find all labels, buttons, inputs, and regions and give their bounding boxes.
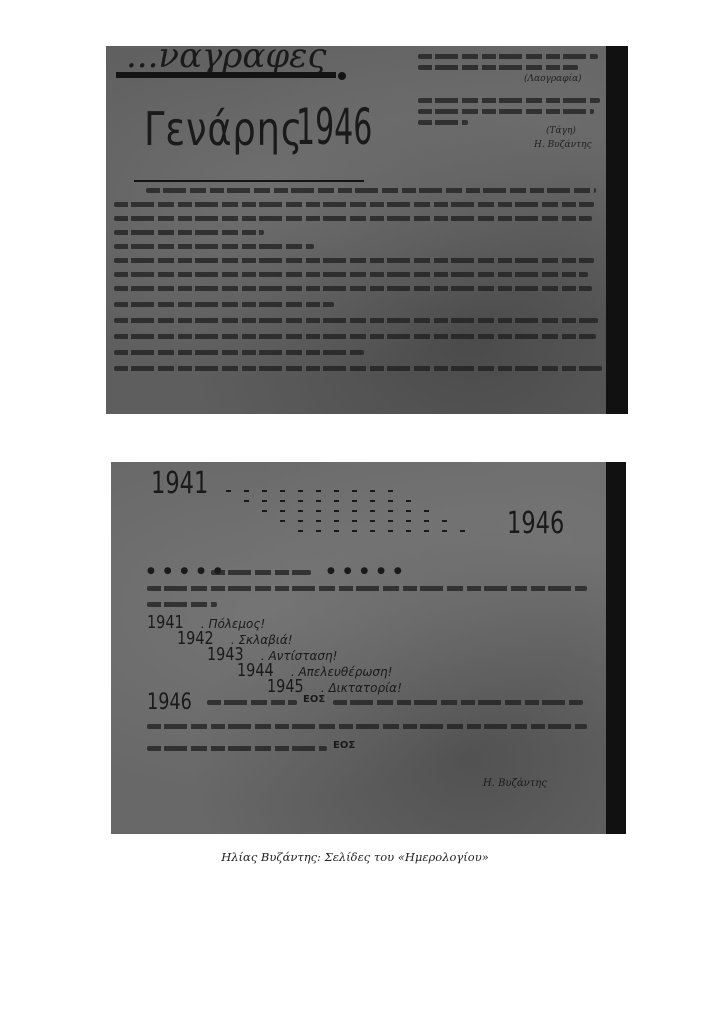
quote-2-source: (Τάγη) <box>546 126 576 136</box>
final-year: 1946 <box>147 690 192 715</box>
timeline-year: 1945 <box>267 676 304 697</box>
header-dot <box>338 72 346 80</box>
quote-1-source: (Λαογραφία) <box>524 74 582 84</box>
photo-edge-shadow <box>606 46 628 414</box>
signature: Η. Βυζάντης <box>483 778 547 789</box>
timeline-item: 1945. Δικτατορία! <box>267 676 402 697</box>
month-title: Γενάρης <box>144 102 303 156</box>
intro-bullets-end: ● ● ● ● ● <box>327 566 405 576</box>
quote-signature: Η. Βυζάντης <box>534 140 592 150</box>
title-underline <box>134 180 364 182</box>
timeline-note: . Δικτατορία! <box>321 681 402 695</box>
figure-caption: Ηλίας Βυζάντης: Σελίδες του «Ημερολογίου… <box>0 850 710 864</box>
header-rule <box>116 72 336 78</box>
year-end: 1946 <box>507 506 564 541</box>
photo-edge-shadow <box>606 462 626 834</box>
year-start: 1941 <box>151 466 208 501</box>
final-keyword: ΕΟΣ <box>303 694 325 705</box>
diary-page-photo-1941-1946: 1941 1946 ● ● ● ● ● ● ● ● ● ● 1941. Πόλε… <box>111 462 626 834</box>
diary-page-photo-january-1946: ...ναγραφές Γενάρης 1946 (Λαογραφία) (Τά… <box>106 46 628 414</box>
year-title: 1946 <box>296 98 372 156</box>
final-keyword-2: ΕΟΣ <box>333 740 355 751</box>
